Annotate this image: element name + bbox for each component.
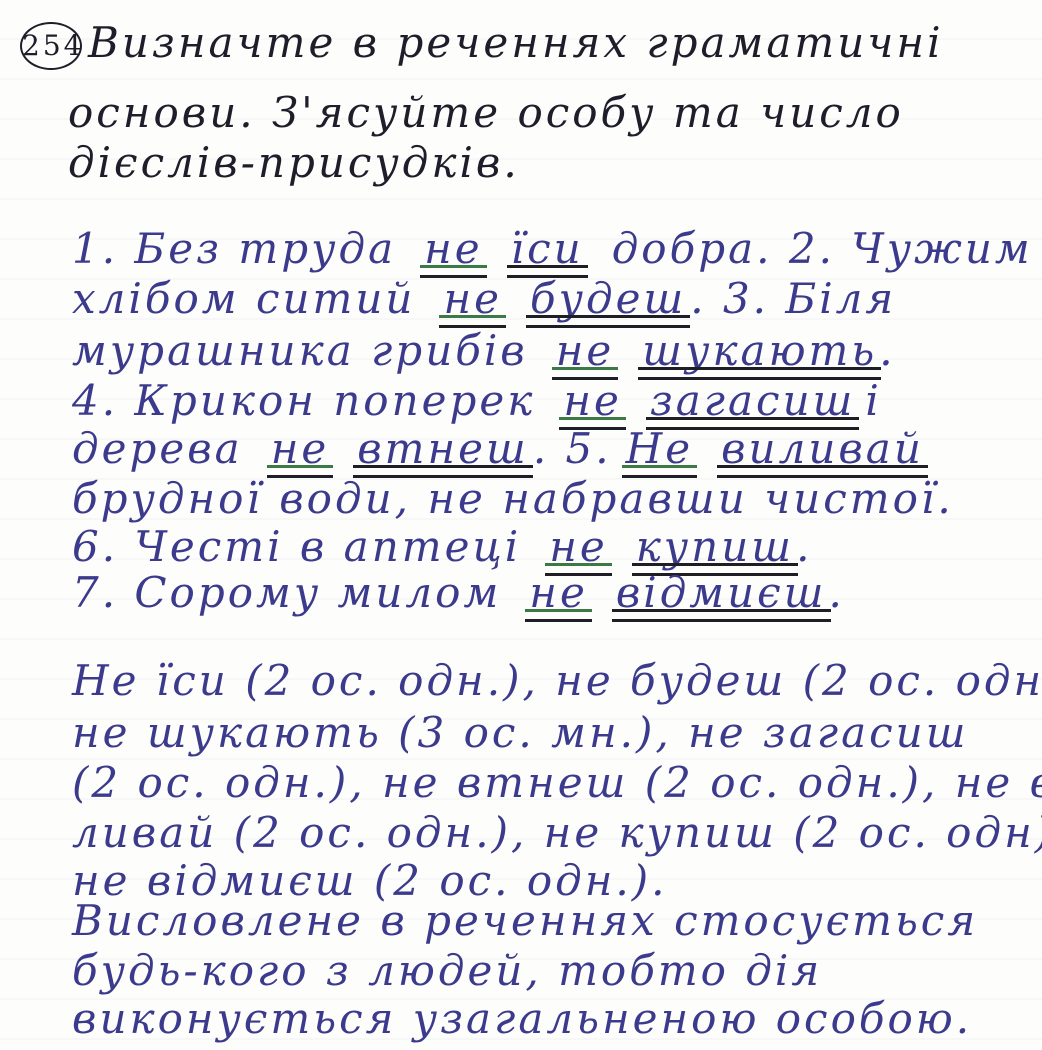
sentence-text: 7. Сорому милом — [72, 572, 501, 614]
sentence-line-8: 7. Сорому миломневідмиєш. — [72, 572, 845, 614]
predicate-particle: не — [529, 572, 588, 614]
sentence-text: добра. 2. Чужим — [612, 224, 1033, 273]
predicate-particle: не — [556, 330, 615, 372]
exercise-number: 254 — [20, 22, 82, 70]
answer-line-3: (2 ос. одн.), не втнеш (2 ос. одн.), не … — [72, 762, 1042, 804]
sentence-text: . — [796, 522, 812, 571]
predicate-particle: не — [424, 228, 483, 270]
predicate-verb: втнеш — [357, 428, 529, 470]
predicate-particle: не — [271, 428, 330, 470]
predicate-verb: відмиєш — [616, 572, 827, 614]
sentence-text: . — [829, 568, 845, 617]
sentence-text: хлібом ситий — [72, 278, 415, 320]
sentence-line-7: 6. Честі в аптецінекупиш. — [72, 526, 812, 568]
task-line-3: дієслів-присудків. — [68, 142, 520, 184]
predicate-verb: загасиш — [650, 380, 856, 422]
sentence-line-3: мурашника грибівнешукають. — [72, 330, 896, 372]
task-line-2: основи. З'ясуйте особу та число — [68, 92, 904, 134]
predicate-verb: виливай — [721, 428, 924, 470]
sentence-text: дерева — [72, 428, 243, 470]
predicate-verb: будеш — [530, 278, 686, 320]
sentence-text: і — [865, 376, 881, 425]
task-text-1: Визначте в реченнях граматичні — [88, 18, 944, 67]
predicate-verb: шукають — [642, 330, 877, 372]
answer-line-4: ливай (2 ос. одн.), не купиш (2 ос. одн)… — [72, 812, 1042, 854]
sentence-line-5: дереваневтнеш. 5.Невиливай — [72, 428, 952, 470]
sentence-text: 6. Честі в аптеці — [72, 526, 521, 568]
answer-line-1: Не їси (2 ос. одн.), не будеш (2 ос. одн… — [72, 660, 1042, 702]
sentence-line-6: брудної води, не набравши чистої. — [72, 478, 954, 520]
predicate-particle: не — [549, 526, 608, 568]
sentence-line-4: 4. Крикон поперекнезагасиші — [72, 380, 882, 422]
answer-line-2: не шукають (3 ос. мн.), не загасиш — [72, 712, 969, 754]
sentence-line-2: хлібом ситийнебудеш. 3. Біля — [72, 278, 896, 320]
predicate-particle: не — [563, 380, 622, 422]
sentence-text: мурашника грибів — [72, 330, 528, 372]
sentence-text: 1. Без труда — [72, 228, 396, 270]
sentence-line-1: 1. Без труданеїсидобра. 2. Чужим — [72, 228, 1033, 270]
sentence-text: . 5. — [533, 428, 612, 470]
predicate-particle: не — [443, 278, 502, 320]
sentence-text: . — [879, 326, 895, 375]
conclusion-line-3: виконується узагальненою особою. — [72, 998, 972, 1040]
predicate-verb: купиш — [636, 526, 794, 568]
conclusion-line-2: будь-кого з людей, тобто дія — [72, 950, 822, 992]
sentence-text: . 3. Біля — [690, 274, 896, 323]
predicate-particle: Не — [626, 428, 693, 470]
predicate-verb: їси — [511, 228, 584, 270]
sentence-text: 4. Крикон поперек — [72, 380, 535, 422]
conclusion-line-1: Висловлене в реченнях стосується — [72, 900, 978, 942]
task-line-1: 254Визначте в реченнях граматичні — [20, 22, 944, 70]
